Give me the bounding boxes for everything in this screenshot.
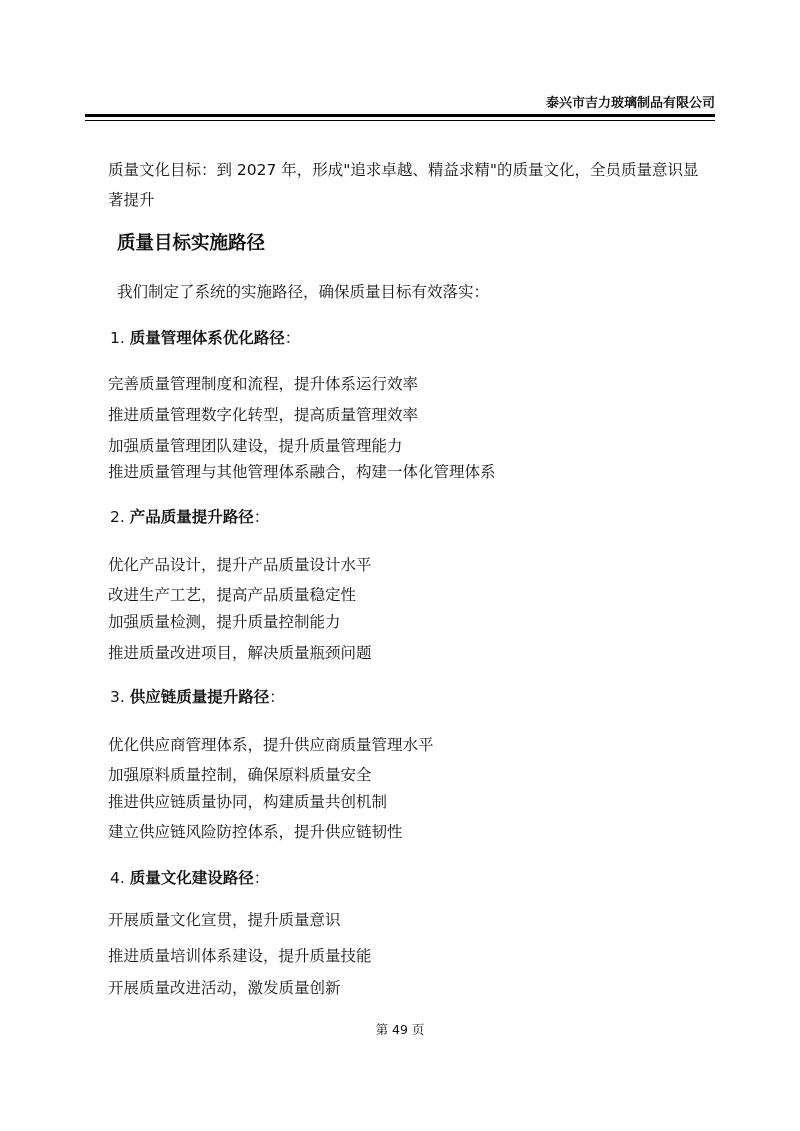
path-title: 供应链质量提升路径 [130, 688, 270, 706]
path-3-item-3: 推进供应链质量协同，构建质量共创机制 [108, 792, 387, 812]
path-1-item-3: 加强质量管理团队建设，提升质量管理能力 [108, 436, 403, 456]
path-colon: ： [285, 329, 301, 347]
path-1-item-2: 推进质量管理数字化转型，提高质量管理效率 [108, 405, 418, 425]
path-4-item-2: 推进质量培训体系建设，提升质量技能 [108, 946, 372, 966]
path-heading-3: 3. 供应链质量提升路径： [110, 687, 285, 707]
path-number: 1. [110, 329, 125, 347]
page-number: 第 49 页 [0, 1022, 800, 1038]
section-title: 质量目标实施路径 [117, 232, 265, 256]
page-header: 泰兴市吉力玻璃制品有限公司 [85, 96, 715, 126]
path-title: 产品质量提升路径 [130, 508, 254, 526]
path-colon: ： [269, 688, 285, 706]
path-colon: ： [254, 869, 270, 887]
path-3-item-4: 建立供应链风险防控体系，提升供应链韧性 [108, 822, 403, 842]
path-2-item-2: 改进生产工艺，提高产品质量稳定性 [108, 585, 356, 605]
path-2-item-1: 优化产品设计，提升产品质量设计水平 [108, 555, 372, 575]
path-2-item-3: 加强质量检测，提升质量控制能力 [108, 612, 341, 632]
path-number: 3. [110, 688, 125, 706]
path-4-item-3: 开展质量改进活动，激发质量创新 [108, 978, 341, 998]
path-number: 2. [110, 508, 125, 526]
path-title: 质量管理体系优化路径 [130, 329, 285, 347]
path-1-item-1: 完善质量管理制度和流程，提升体系运行效率 [108, 374, 418, 394]
header-rule-thin [85, 120, 715, 121]
path-4-item-1: 开展质量文化宣贯，提升质量意识 [108, 910, 341, 930]
goal-paragraph-line-2: 著提升 [108, 190, 155, 210]
company-name: 泰兴市吉力玻璃制品有限公司 [546, 96, 715, 112]
path-heading-1: 1. 质量管理体系优化路径： [110, 328, 300, 348]
goal-paragraph-line-1: 质量文化目标：到 2027 年，形成"追求卓越、精益求精"的质量文化，全员质量意… [108, 160, 699, 180]
header-rule-thick [85, 114, 715, 117]
path-3-item-2: 加强原料质量控制，确保原料质量安全 [108, 765, 372, 785]
path-title: 质量文化建设路径 [130, 869, 254, 887]
path-colon: ： [254, 508, 270, 526]
path-1-item-4: 推进质量管理与其他管理体系融合，构建一体化管理体系 [108, 462, 496, 482]
path-2-item-4: 推进质量改进项目，解决质量瓶颈问题 [108, 643, 372, 663]
path-3-item-1: 优化供应商管理体系，提升供应商质量管理水平 [108, 735, 434, 755]
path-number: 4. [110, 869, 125, 887]
path-heading-4: 4. 质量文化建设路径： [110, 868, 269, 888]
path-heading-2: 2. 产品质量提升路径： [110, 507, 269, 527]
section-intro: 我们制定了系统的实施路径，确保质量目标有效落实： [117, 282, 489, 302]
